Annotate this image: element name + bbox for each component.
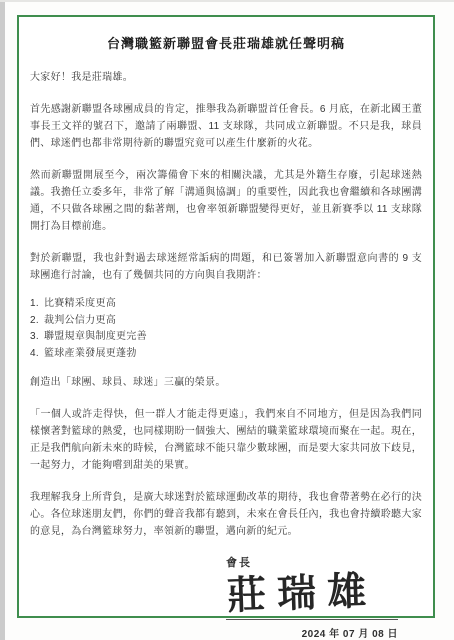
paragraph-unity-quote: 「一個人或許走得快，但一群人才能走得更遠」，我們來自不同地方，但是因為我們同樣懷… bbox=[30, 406, 422, 474]
goal-number: 1. bbox=[30, 296, 39, 313]
signature-line bbox=[226, 619, 398, 620]
goal-item-1: 1.比賽精采度更高 bbox=[30, 296, 422, 313]
goal-number: 4. bbox=[30, 346, 39, 363]
goal-text: 比賽精采度更高 bbox=[44, 298, 116, 309]
paragraph-communication: 然而新聯盟開展至今，兩次籌備會下來的相關決議，尤其是外籍生存廢，引起球迷熱議。我… bbox=[30, 167, 422, 235]
paragraph-goals-intro: 對於新聯盟，我也針對過去球迷經常詬病的問題，和已簽署加入新聯盟意向書的 9 支球… bbox=[30, 250, 422, 284]
scan-edge-left bbox=[0, 0, 5, 640]
signature-date: 2024 年 07 月 08 日 bbox=[226, 625, 398, 640]
goal-list: 1.比賽精采度更高 2.裁判公信力更高 3.聯盟規章與制度更完善 4.籃球產業發… bbox=[30, 296, 422, 362]
goal-text: 聯盟規章與制度更完善 bbox=[44, 331, 147, 342]
goal-text: 籃球產業發展更蓬勃 bbox=[44, 348, 137, 359]
goal-item-4: 4.籃球產業發展更蓬勃 bbox=[30, 346, 422, 363]
goal-item-2: 2.裁判公信力更高 bbox=[30, 313, 422, 330]
paragraph-win-win-slogan: 創造出「球團、球員、球迷」三贏的榮景。 bbox=[30, 374, 422, 391]
goal-text: 裁判公信力更高 bbox=[44, 315, 116, 326]
statement-sheet: 台灣職籃新聯盟會長莊瑞雄就任聲明稿 大家好！我是莊瑞雄。 首先感謝新聯盟各球團成… bbox=[17, 15, 435, 618]
scan-edge-top bbox=[0, 0, 454, 2]
greeting-paragraph: 大家好！我是莊瑞雄。 bbox=[30, 69, 422, 86]
paragraph-founding: 首先感謝新聯盟各球團成員的肯定，推舉我為新聯盟首任會長。6 月底，在新北國王董事… bbox=[30, 101, 422, 152]
paragraph-commitment: 我理解我身上所背負，是廣大球迷對於籃球運動改革的期待，我也會帶著勢在必行的決心。… bbox=[30, 489, 422, 540]
goal-number: 2. bbox=[30, 313, 39, 330]
goal-number: 3. bbox=[30, 329, 39, 346]
signature-block: 會長 莊瑞雄 2024 年 07 月 08 日 bbox=[226, 554, 406, 640]
goal-item-3: 3.聯盟規章與制度更完善 bbox=[30, 329, 422, 346]
handwritten-signature: 莊瑞雄 bbox=[226, 569, 405, 619]
signature-role-label: 會長 bbox=[226, 554, 406, 570]
document-title: 台灣職籃新聯盟會長莊瑞雄就任聲明稿 bbox=[30, 33, 422, 52]
